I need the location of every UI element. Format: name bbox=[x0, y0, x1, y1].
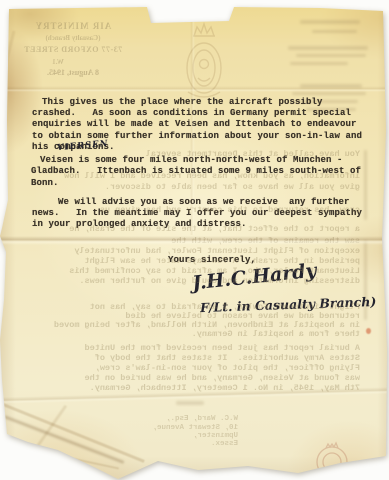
torn-edge-shadow bbox=[4, 415, 125, 464]
fold-crease bbox=[190, 0, 195, 235]
bleedthrough-smudge bbox=[176, 401, 204, 405]
bleedthrough-smudge bbox=[300, 20, 360, 24]
stamp-crest-icon bbox=[312, 440, 352, 480]
bleedthrough-letterhead-line: (Casualty Branch) bbox=[8, 33, 138, 43]
letter-paper: AIR MINISTRY (Casualty Branch) 73-77 OXF… bbox=[0, 0, 389, 480]
orange-spot bbox=[252, 468, 258, 473]
bleedthrough-line: Lieutenant Fowler, who, I am afraid to s… bbox=[30, 266, 360, 276]
tear-crease bbox=[0, 400, 145, 463]
fold-crease bbox=[0, 236, 389, 245]
bleedthrough-line: there from a hospital in Germany. bbox=[30, 329, 360, 339]
bleedthrough-letterhead-line: AIR MINISTRY bbox=[8, 21, 138, 31]
bleedthrough-line: exception of Flight Lieutenant Fowler, h… bbox=[30, 246, 360, 256]
bleedthrough-line: distressing information and could give n… bbox=[30, 276, 360, 286]
typed-line: This gives us the place where the aircra… bbox=[42, 97, 323, 108]
paper-shadow-wrapper: AIR MINISTRY (Casualty Branch) 73-77 OXF… bbox=[0, 0, 389, 480]
bleedthrough-line: You have called at this Department sever… bbox=[30, 149, 360, 159]
bleedthrough-line: was found at Veisen, Germany, and he was… bbox=[30, 373, 360, 383]
bleedthrough-line: crew, has returned to this country and h… bbox=[30, 205, 360, 215]
bleedthrough-date: 8 August, 1945. bbox=[34, 68, 112, 78]
bleedthrough-line: a report to the effect that, at the site… bbox=[30, 224, 360, 234]
red-ink-spot bbox=[366, 328, 371, 334]
bleedthrough-smudge bbox=[312, 30, 357, 33]
bleedthrough-line: information, as you know, has been recei… bbox=[30, 171, 360, 181]
bleedthrough-line: A burial report has just been received f… bbox=[30, 343, 360, 353]
scanned-letter-page: AIR MINISTRY (Casualty Branch) 73-77 OXF… bbox=[0, 0, 389, 480]
bleedthrough-smudge bbox=[292, 92, 366, 95]
bleedthrough-line: perished in the crash. A few days later … bbox=[30, 256, 360, 266]
bleedthrough-address-line: Essex. bbox=[146, 439, 238, 449]
tear-crease bbox=[1, 443, 119, 470]
bleedthrough-letterhead-line: 73-77 OXFORD STREET bbox=[4, 45, 142, 55]
bleedthrough-smudge bbox=[288, 46, 368, 50]
bleedthrough-letterhead-line: W.1 bbox=[8, 57, 108, 67]
bleedthrough-smudge bbox=[296, 54, 366, 57]
tear-crease bbox=[16, 405, 67, 476]
bleedthrough-line: give you all we have so far been able to… bbox=[30, 182, 360, 192]
bleedthrough-line: States Army authorities. It states that … bbox=[30, 353, 360, 363]
bleedthrough-smudge bbox=[290, 62, 348, 65]
bleedthrough-line: Flying Officer, the pilot of your son-in… bbox=[30, 363, 360, 373]
bleedthrough-smudge bbox=[364, 150, 367, 220]
